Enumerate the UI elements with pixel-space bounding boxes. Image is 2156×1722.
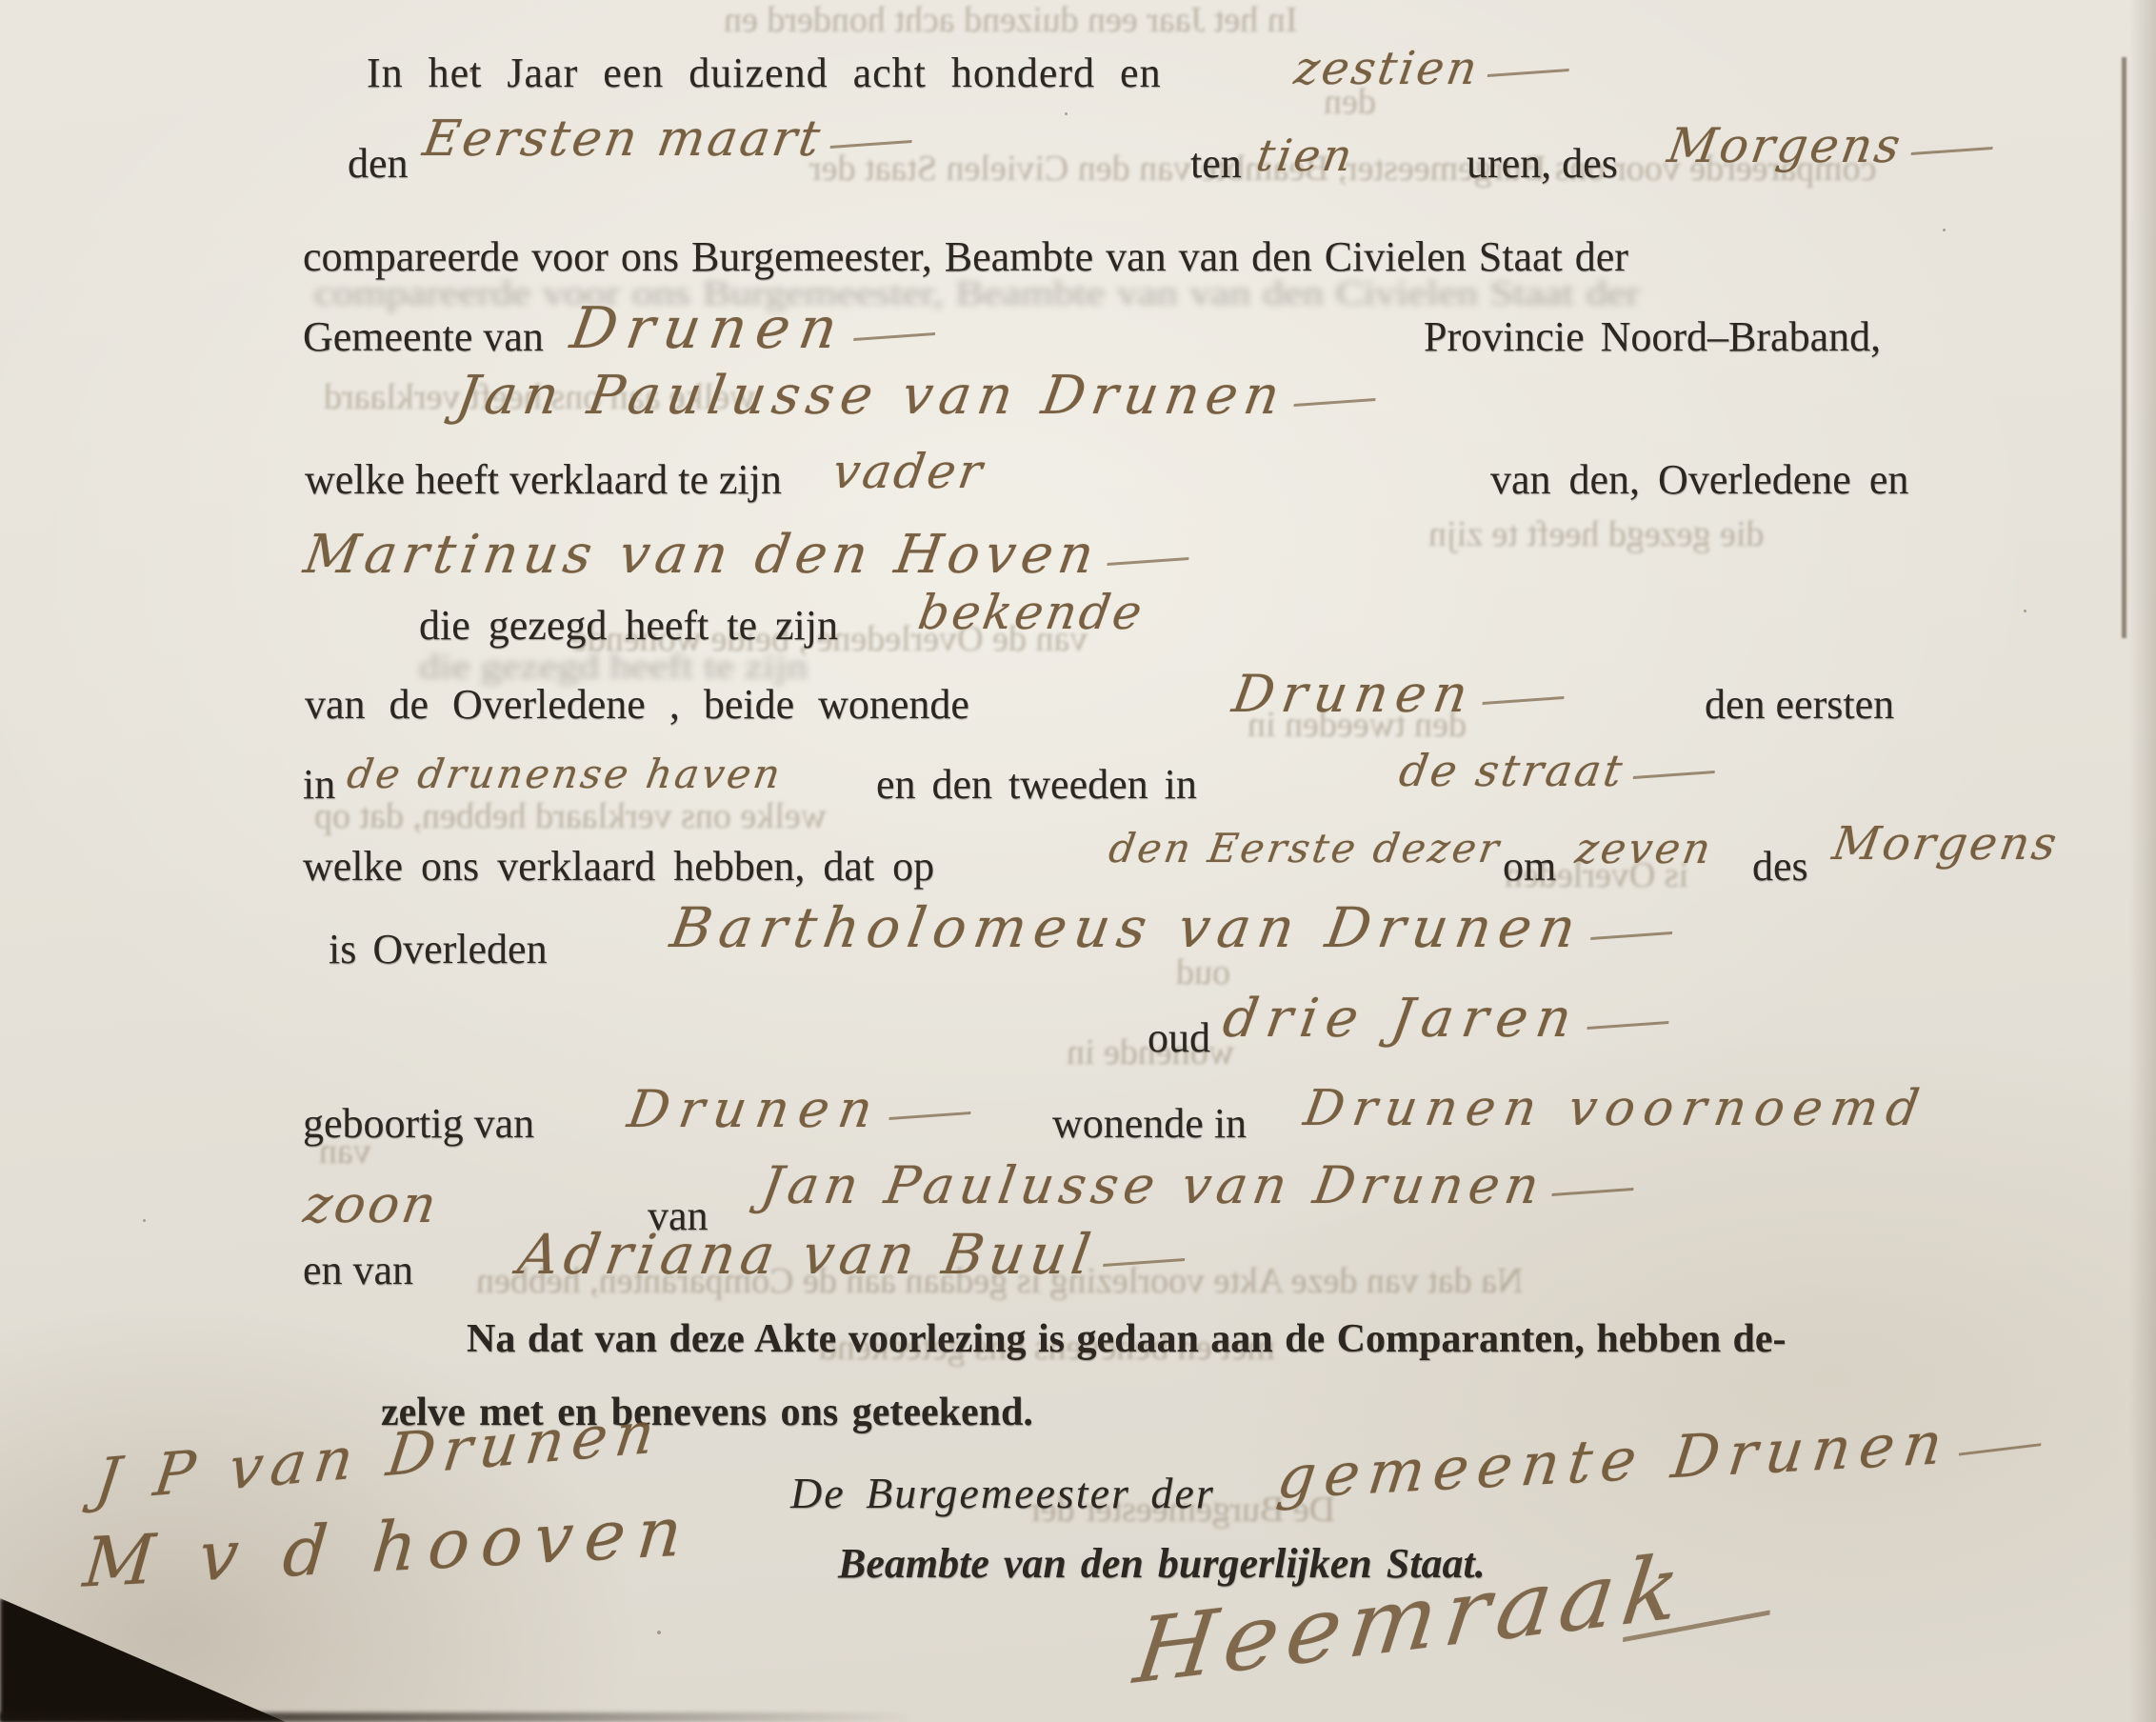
written-relation1: vader: [829, 448, 988, 495]
signature-declarant1: J P van Drunen: [92, 1403, 666, 1511]
page-edge-shading: [2129, 0, 2156, 1722]
dust-speck: [2024, 610, 2026, 612]
written-address-second: de straat: [1396, 749, 1718, 792]
signature-declarant2: M v d hooven: [81, 1496, 696, 1596]
written-relatie: zoon: [301, 1179, 443, 1231]
written-relation2: bekende: [915, 589, 1148, 636]
printed-comparitie: compareerde voor ons Burgemeester, Beamb…: [303, 236, 1628, 278]
written-registration-date: Eersten maart: [420, 114, 916, 164]
ghost-text: welke ons verklaard hebben, dat op: [314, 798, 827, 834]
written-gemeente: Drunen: [567, 300, 941, 357]
written-death-hour: zeven: [1573, 829, 1716, 871]
printed-relation1-post: van den, Overledene en: [1490, 459, 1908, 501]
printed-gemeente-van: Gemeente van: [303, 316, 544, 358]
printed-is-overleden: is Overleden: [329, 929, 548, 971]
printed-relation2: die gezegd heeft te zijn: [419, 605, 838, 647]
dust-speck: [143, 1219, 146, 1222]
written-declarant1-name: Jan Paulusse van Drunen: [453, 370, 1380, 423]
dust-speck: [1065, 112, 1068, 115]
signature-burgemeester-gemeente: gemeente Drunen: [1274, 1409, 2046, 1508]
ink-smear: die gezegd heeft te zijn: [419, 649, 808, 684]
written-declarant2-name: Martinus van den Hoven: [301, 529, 1194, 582]
printed-uren-des: uren, des: [1467, 143, 1618, 185]
ink-smear: compareerde voor ons Burgemeester, Beamb…: [314, 275, 1640, 310]
printed-ten: ten: [1190, 143, 1242, 185]
printed-oud: oud: [1148, 1017, 1210, 1059]
printed-year-line: In het Jaar een duizend acht honderd en: [367, 52, 1162, 94]
printed-tweeden-in: en den tweeden in: [876, 764, 1197, 806]
printed-in: in: [303, 764, 335, 806]
written-year: zestien: [1291, 46, 1573, 91]
written-death-daypart: Morgens: [1829, 821, 2062, 867]
binding-shadow-bottom-edge: [0, 1712, 914, 1722]
printed-provincie: Provincie Noord–Braband,: [1424, 316, 1881, 358]
ghost-text: die gezegd heeft te zijn: [1428, 516, 1764, 552]
printed-wonende: van de Overledene , beide wonende: [305, 684, 969, 726]
written-address-first: de drunense haven: [345, 754, 786, 794]
written-residence-place: Drunen: [1229, 669, 1569, 720]
dust-speck: [1943, 229, 1946, 231]
dust-speck: [469, 69, 473, 72]
written-death-date: den Eerste dezer: [1107, 829, 1505, 869]
printed-closing-1: Na dat van deze Akte voorlezing is gedaa…: [467, 1319, 1787, 1359]
written-mother-name: Adriana van Buul: [514, 1227, 1189, 1282]
printed-den-eersten: den eersten: [1705, 684, 1894, 726]
dust-speck: [657, 1631, 661, 1634]
printed-relation1-pre: welke heeft verklaard te zijn: [305, 459, 782, 501]
printed-overlijden-intro: welke ons verklaard hebben, dat op: [303, 846, 934, 888]
printed-geboortig-van: geboortig van: [303, 1103, 534, 1145]
written-age: drie Jaren: [1220, 992, 1674, 1046]
written-registration-daypart: Morgens: [1665, 122, 1997, 170]
printed-burgemeester-der: De Burgemeester der: [790, 1472, 1215, 1515]
written-deceased-residence: Drunen voornoemd: [1301, 1084, 1931, 1133]
written-father-name: Jan Paulusse van Drunen: [758, 1160, 1639, 1211]
printed-en-van: en van: [303, 1250, 413, 1291]
ghost-text: In het Jaar een duizend acht honderd en: [724, 2, 1297, 38]
written-registration-hour: tien: [1253, 133, 1357, 177]
death-record-scan: In het Jaar een duizend acht honderd en …: [0, 0, 2156, 1722]
printed-wonende-in: wonende in: [1052, 1103, 1247, 1145]
binding-shadow-corner: [0, 1598, 286, 1722]
page-fold-line: [2122, 57, 2126, 638]
printed-om: om: [1503, 846, 1556, 888]
printed-des: des: [1752, 846, 1808, 888]
printed-den: den: [348, 143, 409, 185]
written-deceased-name: Bartholomeus van Drunen: [667, 900, 1677, 955]
written-birthplace: Drunen: [625, 1084, 976, 1135]
